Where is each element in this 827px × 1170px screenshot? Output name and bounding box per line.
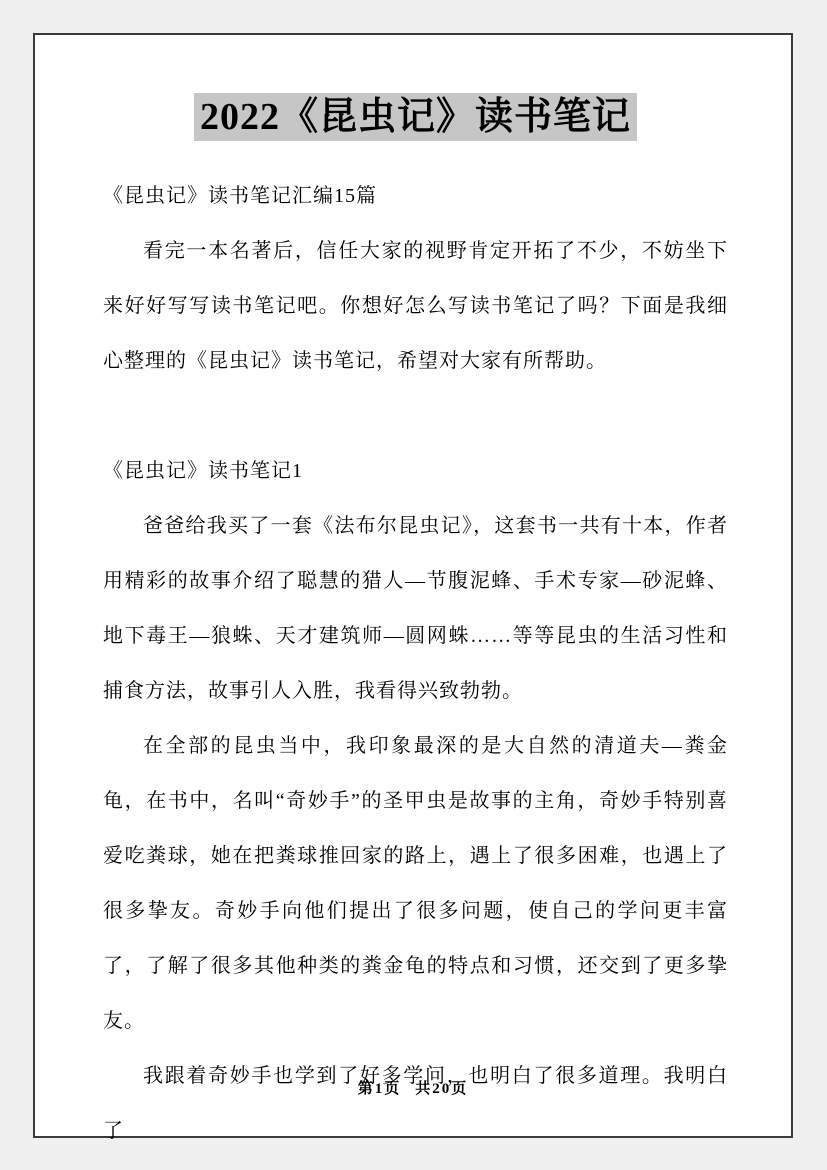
intro-paragraph: 看完一本名著后，信任大家的视野肯定开拓了不少，不妨坐下来好好写写读书笔记吧。你想… [103, 224, 728, 389]
current-page-number: 第1页 [358, 1081, 402, 1097]
paragraph-book-intro: 爸爸给我买了一套《法布尔昆虫记》，这套书一共有十本，作者用精彩的故事介绍了聪慧的… [103, 499, 728, 719]
paragraph-lessons-learned: 我跟着奇妙手也学到了好多学问，也明白了很多道理。我明白了 [103, 1049, 728, 1159]
document-title: 2022《昆虫记》读书笔记 [103, 87, 728, 147]
subtitle-compilation-line: 《昆虫记》读书笔记汇编15篇 [103, 169, 728, 224]
blank-line [103, 389, 728, 444]
title-highlight: 2022《昆虫记》读书笔记 [194, 93, 637, 141]
section-heading-note-1: 《昆虫记》读书笔记1 [103, 444, 728, 499]
page-footer: 第1页共20页 [35, 1077, 791, 1098]
total-page-count: 共20页 [415, 1081, 468, 1097]
paragraph-dung-beetle: 在全部的昆虫当中，我印象最深的是大自然的清道夫—粪金龟，在书中，名叫“奇妙手”的… [103, 719, 728, 1049]
document-page: 2022《昆虫记》读书笔记 《昆虫记》读书笔记汇编15篇 看完一本名著后，信任大… [33, 33, 793, 1138]
document-body: 《昆虫记》读书笔记汇编15篇 看完一本名著后，信任大家的视野肯定开拓了不少，不妨… [103, 169, 728, 1159]
